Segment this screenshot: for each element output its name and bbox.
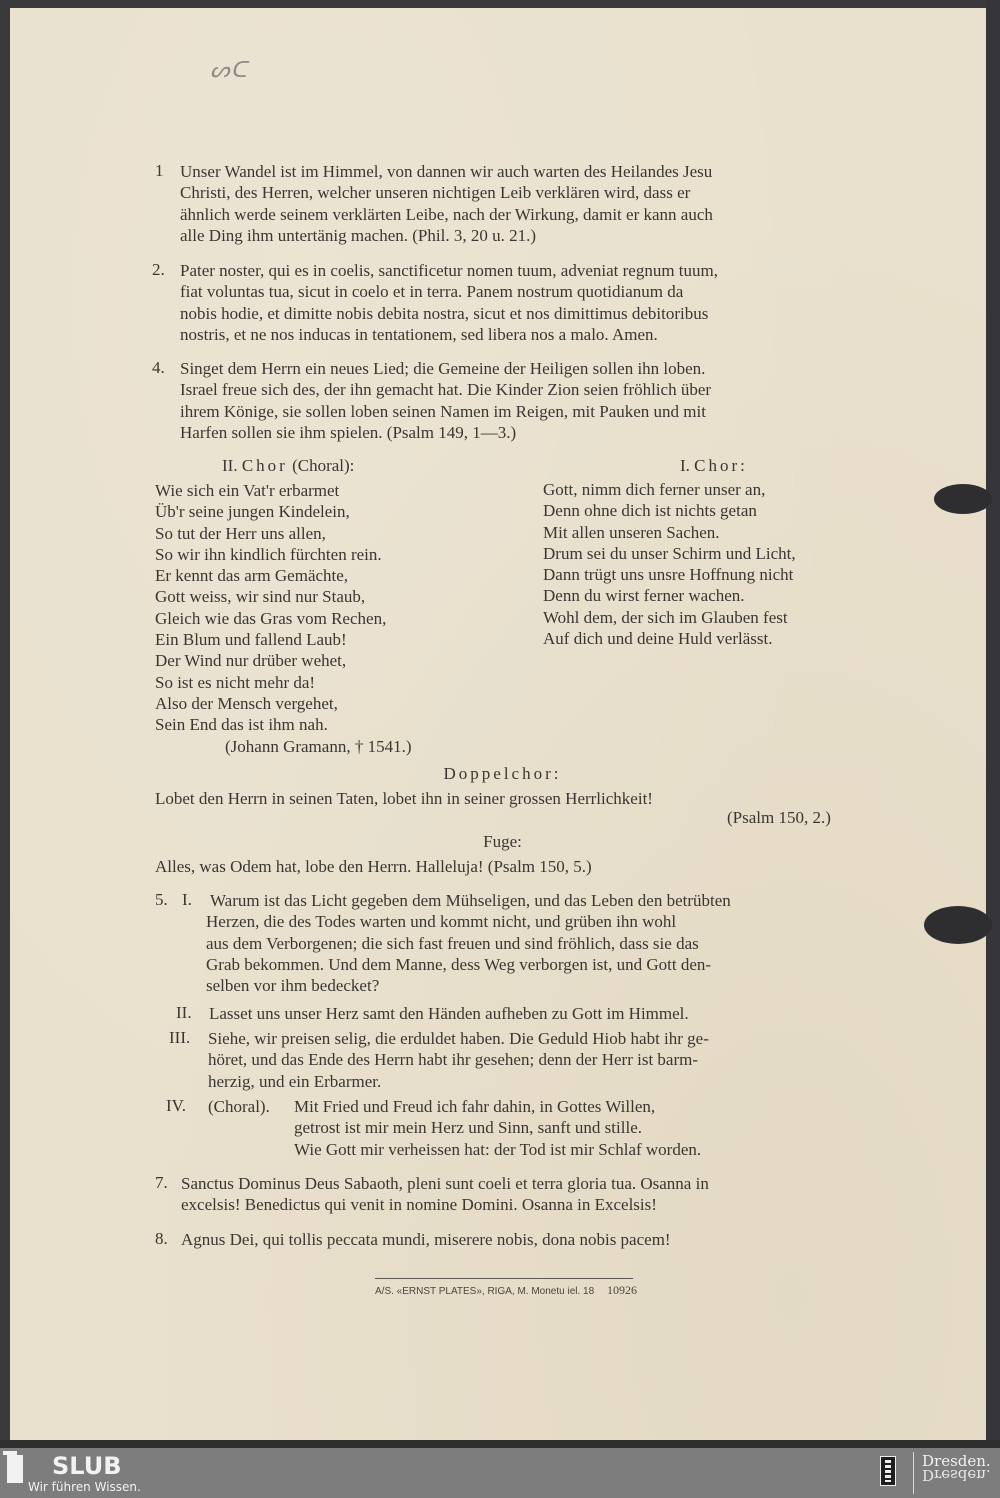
verse-line: So tut der Herr uns allen, <box>155 523 475 544</box>
plate-number: 10926 <box>607 1283 637 1297</box>
doppelchor-reference: (Psalm 150, 2.) <box>727 807 831 828</box>
fuge-text: Alles, was Odem hat, lobe den Herrn. Hal… <box>155 856 592 877</box>
dresden-crest-icon <box>880 1456 896 1486</box>
verse-line: Mit Fried und Freud ich fahr dahin, in G… <box>294 1096 854 1117</box>
section-number: 7. <box>155 1173 168 1193</box>
section-1-text: Unser Wandel ist im Himmel, von dannen w… <box>180 161 850 246</box>
slub-logo-text[interactable]: SLUB <box>52 1452 122 1480</box>
section-7-text: Sanctus Dominus Deus Sabaoth, pleni sunt… <box>181 1173 853 1216</box>
text-line: Singet dem Herrn ein neues Lied; die Gem… <box>180 358 850 379</box>
section-5-part-2: Lasset uns unser Herz samt den Händen au… <box>209 1003 689 1024</box>
verse-line: Ein Blum und fallend Laub! <box>155 629 475 650</box>
text-line: Herzen, die des Todes warten und kommt n… <box>206 911 852 932</box>
slub-book-icon <box>7 1455 23 1483</box>
part-label: IV. <box>166 1096 186 1116</box>
scan-border-top <box>0 0 1000 8</box>
part-label: I. <box>182 890 192 910</box>
imprint-rule <box>375 1278 633 1279</box>
section-8-text: Agnus Dei, qui tollis peccata mundi, mis… <box>181 1229 671 1250</box>
verse-line: Gott weiss, wir sind nur Staub, <box>155 586 475 607</box>
text-line: ihrem Könige, sie sollen loben seinen Na… <box>180 401 850 422</box>
text-line: Siehe, wir preisen selig, die erduldet h… <box>208 1028 854 1049</box>
footer-bar: SLUB Wir führen Wissen. Dresden. Dresden… <box>0 1448 1000 1498</box>
verse-line: Gleich wie das Gras vom Rechen, <box>155 608 475 629</box>
choir-2-verse: Wie sich ein Vat'r erbarmet Üb'r seine j… <box>155 480 475 757</box>
verse-line: Üb'r seine jungen Kindelein, <box>155 501 475 522</box>
verse-line: Wohl dem, der sich im Glauben fest <box>543 607 863 628</box>
text-line: Israel freue sich des, der ihn gemacht h… <box>180 379 850 400</box>
section-2-text: Pater noster, qui es in coelis, sanctifi… <box>180 260 850 345</box>
verse-line: Sein End das ist ihm nah. <box>155 714 475 735</box>
printer-imprint: A/S. «ERNST PLATES», RIGA, M. Monetu iel… <box>375 1286 594 1297</box>
choral-prefix: (Choral). <box>208 1096 270 1117</box>
section-5-part-4: Mit Fried und Freud ich fahr dahin, in G… <box>294 1096 854 1160</box>
verse-line: getrost ist mir mein Herz und Sinn, sanf… <box>294 1117 854 1138</box>
section-number: 5. <box>155 890 168 910</box>
verse-line: Auf dich und deine Huld verlässt. <box>543 628 863 649</box>
section-4-text: Singet dem Herrn ein neues Lied; die Gem… <box>180 358 850 443</box>
doppelchor-heading: Doppelchor: <box>155 763 850 784</box>
verse-line: Denn ohne dich ist nichts getan <box>543 500 863 521</box>
verse-line: Drum sei du unser Schirm und Licht, <box>543 543 863 564</box>
footer-logo-divider <box>913 1452 914 1494</box>
text-line: ähnlich werde seinem verklärten Leibe, n… <box>180 204 850 225</box>
section-number: 8. <box>155 1229 168 1249</box>
footer-divider <box>0 1440 1000 1448</box>
scan-border-right <box>986 0 1000 1440</box>
text-line: Unser Wandel ist im Himmel, von dannen w… <box>180 161 850 182</box>
choir-1-heading: I. Chor: <box>680 455 748 476</box>
part-label: II. <box>176 1003 192 1023</box>
text-line: aus dem Verborgenen; die sich fast freue… <box>206 933 852 954</box>
verse-line: Wie Gott mir verheissen hat: der Tod ist… <box>294 1139 854 1160</box>
slub-tagline: Wir führen Wissen. <box>28 1480 141 1494</box>
section-number: 4. <box>152 358 165 378</box>
doppelchor-text: Lobet den Herrn in seinen Taten, lobet i… <box>155 788 653 809</box>
attribution: (Johann Gramann, † 1541.) <box>155 736 475 757</box>
fuge-heading: Fuge: <box>155 831 850 852</box>
text-line: nobis hodie, et dimitte nobis debita nos… <box>180 303 850 324</box>
imprint: A/S. «ERNST PLATES», RIGA, M. Monetu iel… <box>375 1283 633 1298</box>
choir-1-verse: Gott, nimm dich ferner unser an, Denn oh… <box>543 479 863 649</box>
verse-line: Dann trügt uns unsre Hoffnung nicht <box>543 564 863 585</box>
verse-line: Mit allen unseren Sachen. <box>543 522 863 543</box>
verse-line: Denn du wirst ferner wachen. <box>543 585 863 606</box>
text-line: selben vor ihm bedecket? <box>206 975 852 996</box>
heading-suffix: (Choral): <box>292 456 354 475</box>
heading-number: II. <box>222 456 238 475</box>
verse-line: Der Wind nur drüber wehet, <box>155 650 475 671</box>
binding-thread-bottom <box>924 906 992 944</box>
verse-line: So ist es nicht mehr da! <box>155 672 475 693</box>
text-line: Christi, des Herren, welcher unseren nic… <box>180 182 850 203</box>
text-line: höret, und das Ende des Herrn habt ihr g… <box>208 1049 854 1070</box>
pencil-annotation: ᔕᑕ <box>210 58 248 83</box>
binding-thread-top <box>934 484 992 514</box>
verse-line: Er kennt das arm Gemächte, <box>155 565 475 586</box>
dresden-logo-mirror: Dresden. <box>922 1468 991 1482</box>
section-5-part-1: Warum ist das Licht gegeben dem Mühselig… <box>206 890 852 996</box>
text-line: fiat voluntas tua, sicut in coelo et in … <box>180 281 850 302</box>
verse-line: Wie sich ein Vat'r erbarmet <box>155 480 475 501</box>
text-line: Sanctus Dominus Deus Sabaoth, pleni sunt… <box>181 1173 853 1194</box>
verse-line: Gott, nimm dich ferner unser an, <box>543 479 863 500</box>
part-label: III. <box>169 1028 190 1048</box>
text-line: Warum ist das Licht gegeben dem Mühselig… <box>206 890 852 911</box>
section-number: 1 <box>155 161 164 181</box>
text-line: Harfen sollen sie ihm spielen. (Psalm 14… <box>180 422 850 443</box>
heading-number: I. <box>680 456 690 475</box>
text-line: herzig, und ein Erbarmer. <box>208 1071 854 1092</box>
text-line: excelsis! Benedictus qui venit in nomine… <box>181 1194 853 1215</box>
choir-2-heading: II. Chor (Choral): <box>222 455 354 476</box>
text-line: Pater noster, qui es in coelis, sanctifi… <box>180 260 850 281</box>
section-5-part-3: Siehe, wir preisen selig, die erduldet h… <box>208 1028 854 1092</box>
text-line: nostris, et ne nos inducas in tentatione… <box>180 324 850 345</box>
verse-line: So wir ihn kindlich fürchten rein. <box>155 544 475 565</box>
section-number: 2. <box>152 260 165 280</box>
dresden-logo[interactable]: Dresden. Dresden. <box>922 1454 991 1482</box>
text-line: alle Ding ihm untertänig machen. (Phil. … <box>180 225 850 246</box>
text-line: Grab bekommen. Und dem Manne, dess Weg v… <box>206 954 852 975</box>
heading-word: Chor: <box>694 456 748 475</box>
heading-word: Chor <box>242 456 288 475</box>
verse-line: Also der Mensch vergehet, <box>155 693 475 714</box>
